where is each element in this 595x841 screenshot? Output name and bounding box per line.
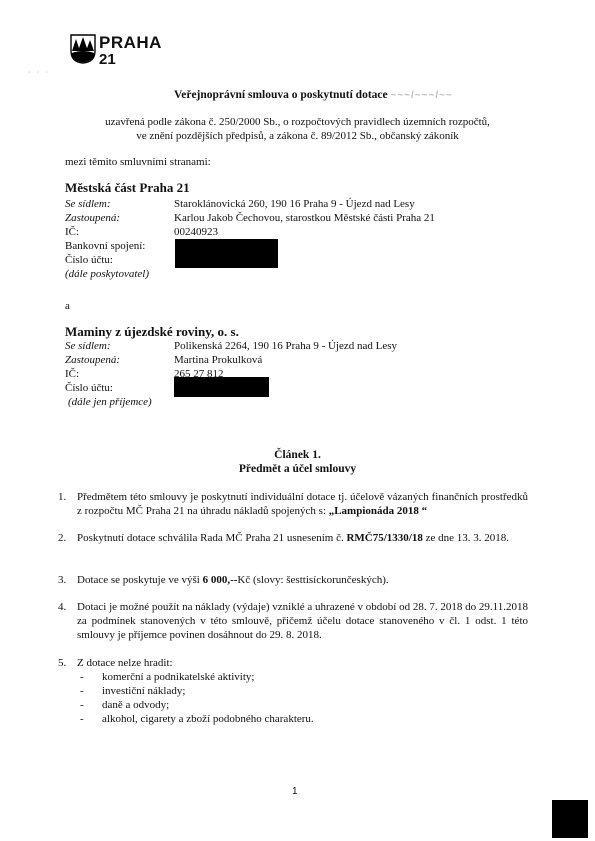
- handwritten-contract-number: ~~~/~~~/~~: [391, 90, 453, 101]
- clause-text: Poskytnutí dotace schválila Rada MČ Prah…: [77, 532, 346, 544]
- praha21-logo: PRAHA 21: [70, 34, 162, 67]
- clause-number: 4.: [58, 600, 66, 614]
- document-title: Veřejnoprávní smlouva o poskytnutí dotac…: [174, 89, 453, 101]
- clause-1: 1. Předmětem této smlouvy je poskytnutí …: [58, 490, 528, 518]
- resolution-number: RMČ75/1330/18: [346, 532, 422, 544]
- bullet: -: [80, 671, 102, 683]
- exclusion-text: alkohol, cigarety a zboží podobného char…: [102, 713, 314, 725]
- logo-praha-text: PRAHA: [99, 34, 162, 51]
- recipient-rep-label: Zastoupená:: [65, 354, 120, 366]
- clause-number: 3.: [58, 573, 66, 587]
- title-text: Veřejnoprávní smlouva o poskytnutí dotac…: [174, 89, 388, 101]
- recipient-name: Maminy z újezdské roviny, o. s.: [65, 324, 239, 340]
- redacted-bank-details: [175, 239, 278, 268]
- provider-account-label: Číslo účtu:: [65, 254, 113, 266]
- clause-tail: ze dne 13. 3. 2018.: [423, 532, 509, 544]
- recipient-account-label: Číslo účtu:: [65, 382, 113, 394]
- grant-amount: 6 000,--: [203, 574, 238, 586]
- clause-number: 1.: [58, 490, 66, 504]
- article-heading: Předmět a účel smlouvy: [0, 463, 595, 475]
- clause-3: 3. Dotace se poskytuje ve výši 6 000,--K…: [58, 573, 528, 587]
- clause-4: 4. Dotaci je možné použít na náklady (vý…: [58, 600, 528, 642]
- provider-name: Městská část Praha 21: [65, 180, 190, 196]
- article-number: Článek 1.: [0, 449, 595, 461]
- clause-5: 5. Z dotace nelze hradit:: [58, 656, 528, 670]
- intro-line-1: uzavřená podle zákona č. 250/2000 Sb., o…: [0, 116, 595, 128]
- provider-seat-value: Staroklánovická 260, 190 16 Praha 9 - Új…: [174, 198, 415, 210]
- exclusion-text: investiční náklady;: [102, 685, 185, 697]
- parties-intro: mezi těmito smluvními stranami:: [65, 156, 211, 168]
- scan-artifact: · · ·: [28, 68, 50, 77]
- black-corner-mark: [552, 800, 588, 838]
- intro-line-2: ve znění pozdějších předpisů, a zákona č…: [0, 130, 595, 142]
- redacted-account-number: [174, 377, 269, 397]
- clause-text: Z dotace nelze hradit:: [77, 656, 528, 670]
- bullet: -: [80, 699, 102, 711]
- clause-text: Předmětem této smlouvy je poskytnutí ind…: [77, 491, 528, 517]
- recipient-ic-label: IČ:: [65, 368, 79, 380]
- clause-number: 5.: [58, 656, 66, 670]
- provider-ic-label: IČ:: [65, 226, 79, 238]
- clause-number: 2.: [58, 531, 66, 545]
- clause-text: Dotaci je možné použít na náklady (výdaj…: [77, 600, 528, 642]
- coat-of-arms-icon: [70, 34, 96, 64]
- provider-bank-label: Bankovní spojení:: [65, 240, 145, 252]
- clause-tail: Kč (slovy: šesttisíckorunčeských).: [237, 574, 388, 586]
- exclusion-text: komerční a podnikatelské aktivity;: [102, 671, 254, 683]
- event-name: „Lampionáda 2018 “: [329, 505, 427, 517]
- page-number: 1: [292, 786, 298, 797]
- provider-seat-label: Se sídlem:: [65, 198, 111, 210]
- bullet: -: [80, 685, 102, 697]
- provider-rep-label: Zastoupená:: [65, 212, 120, 224]
- recipient-role-label: (dále jen příjemce): [68, 396, 152, 408]
- recipient-seat-label: Se sídlem:: [65, 340, 111, 352]
- bullet: -: [80, 713, 102, 725]
- provider-rep-value: Karlou Jakob Čechovou, starostkou Městsk…: [174, 212, 435, 224]
- recipient-seat-value: Polikenská 2264, 190 16 Praha 9 - Újezd …: [174, 340, 397, 352]
- clause-text: Dotace se poskytuje ve výši: [77, 574, 203, 586]
- exclusion-text: daně a odvody;: [102, 699, 169, 711]
- clause-2: 2. Poskytnutí dotace schválila Rada MČ P…: [58, 531, 528, 545]
- exclusion-item: -komerční a podnikatelské aktivity;: [80, 671, 254, 683]
- exclusion-item: -alkohol, cigarety a zboží podobného cha…: [80, 713, 314, 725]
- exclusion-item: -daně a odvody;: [80, 699, 169, 711]
- exclusion-item: -investiční náklady;: [80, 685, 185, 697]
- logo-district-number: 21: [99, 52, 162, 67]
- recipient-rep-value: Martina Prokulková: [174, 354, 262, 366]
- provider-role-label: (dále poskytovatel): [65, 268, 149, 280]
- provider-ic-value: 00240923: [174, 226, 218, 238]
- conjunction: a: [65, 300, 70, 312]
